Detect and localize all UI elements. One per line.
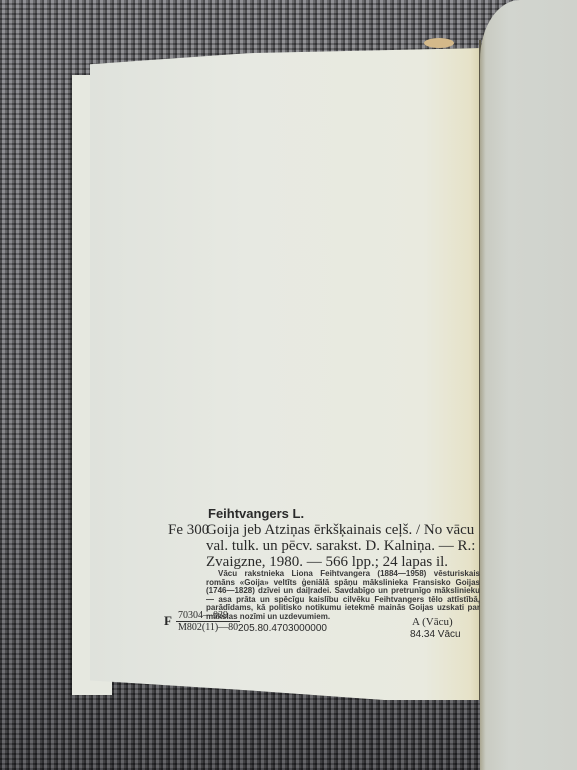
annotation-text: Vācu rakstnieka Liona Feihtvangera (1884…: [206, 570, 480, 622]
title-line: Zvaigzne, 1980. — 566 lpp.; 24 lapas il.: [206, 554, 480, 571]
author-name: Feihtvangers L.: [208, 506, 304, 521]
fraction-denominator: M802(11)—80: [176, 622, 240, 633]
catalog-fraction: 70304—039 M802(11)—80: [176, 610, 240, 633]
classification: 84.34 Vācu: [410, 629, 461, 640]
index-letter: F: [164, 613, 172, 629]
title-line: val. tulk. un pēcv. sarakst. D. Kalniņa.…: [206, 538, 480, 555]
language-class: A (Vācu): [412, 616, 453, 628]
fraction-numerator: 70304—039: [176, 610, 240, 622]
title-line: Goija jeb Atziņas ērkšķainais ceļš. / No…: [206, 522, 480, 539]
shelf-code: Fe 300: [168, 522, 209, 539]
catalog-entry: Feihtvangers L. Fe 300 Goija jeb Atziņas…: [0, 0, 577, 770]
catalog-code: 205.80.4703000000: [238, 623, 327, 634]
